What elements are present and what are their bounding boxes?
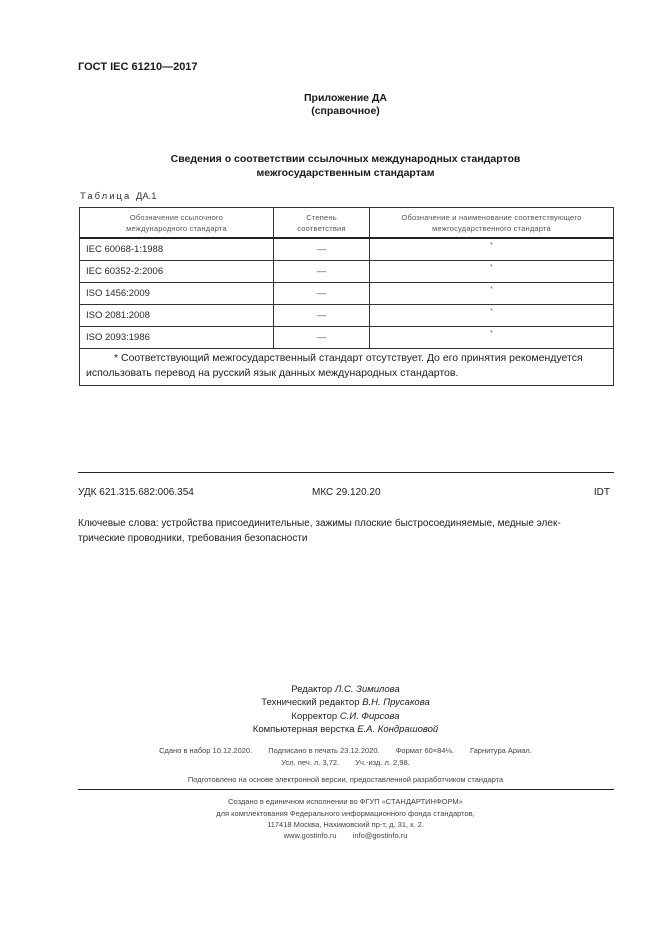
- table-header-row: Обозначение ссылочного международного ст…: [80, 208, 614, 239]
- publisher-info: Создано в единичном исполнении во ФГУП «…: [0, 796, 661, 819]
- header-line: соответствия: [274, 223, 369, 234]
- table-footnote: * Соответствующий межгосударственный ста…: [80, 349, 614, 386]
- credit-name: Е.А. Кондрашовой: [357, 724, 438, 735]
- cell-interstate: *: [370, 327, 614, 349]
- cell-interstate: *: [370, 305, 614, 327]
- publisher-line-2: для комплектования Федерального информац…: [0, 808, 661, 820]
- publisher-line-1: Создано в единичном исполнении во ФГУП «…: [0, 796, 661, 808]
- prepared-note: Подготовлено на основе электронной верси…: [0, 775, 661, 784]
- cell-reference: ISO 2081:2008: [80, 305, 274, 327]
- keywords-line-1: Ключевые слова: устройства присоединител…: [78, 516, 614, 531]
- credit-tech-editor: Технический редактор В.Н. Прусакова: [0, 696, 661, 709]
- divider-rule: [78, 472, 614, 473]
- address-line: 117418 Москва, Нахимовский пр-т, д. 31, …: [0, 819, 661, 830]
- mks-code: МКС 29.120.20: [312, 487, 381, 498]
- header-line: Обозначение ссылочного: [80, 212, 273, 223]
- footnote-line-2: использовать перевод на русский язык дан…: [86, 366, 609, 381]
- footnote-line-1: * Соответствующий межгосударственный ста…: [86, 351, 609, 366]
- reference-standards-table: Обозначение ссылочного международного ст…: [79, 207, 614, 386]
- cell-degree: —: [274, 283, 370, 305]
- section-title-line-2: межгосударственным стандартам: [0, 167, 661, 181]
- credit-name: Л.С. Зимилова: [335, 684, 400, 695]
- header-line: межгосударственного стандарта: [370, 223, 613, 234]
- cell-degree: —: [274, 238, 370, 261]
- appendix-title: Приложение ДА: [0, 92, 661, 105]
- header-line: Обозначение и наименование соответствующ…: [370, 212, 613, 223]
- credits-block: Редактор Л.С. Зимилова Технический редак…: [0, 683, 661, 736]
- header-reference-standard: Обозначение ссылочного международного ст…: [80, 208, 274, 239]
- submitted-date: Сдано в набор 10.12.2020.: [159, 746, 252, 755]
- section-title: Сведения о соответствии ссылочных междун…: [0, 153, 661, 180]
- header-line: международного стандарта: [80, 223, 273, 234]
- print-info: Сдано в набор 10.12.2020. Подписано в пе…: [0, 745, 661, 769]
- credit-role: Корректор: [291, 711, 337, 722]
- email-link[interactable]: info@gostinfo.ru: [353, 831, 408, 840]
- header-degree: Степень соответствия: [274, 208, 370, 239]
- typeface: Гарнитура Ариал.: [470, 746, 532, 755]
- paper-format: Формат 60×84⅛.: [396, 746, 454, 755]
- credit-layout: Компьютерная верстка Е.А. Кондрашовой: [0, 723, 661, 736]
- credit-name: С.И. Фирсова: [340, 711, 400, 722]
- table-row: ISO 2093:1986 — *: [80, 327, 614, 349]
- credit-role: Компьютерная верстка: [253, 724, 355, 735]
- contact-line: www.gostinfo.ru info@gostinfo.ru: [0, 830, 661, 841]
- degree-code: IDT: [594, 487, 610, 498]
- document-code: ГОСТ IEC 61210—2017: [78, 61, 198, 73]
- appendix-heading: Приложение ДА (справочное): [0, 92, 661, 118]
- credit-corrector: Корректор С.И. Фирсова: [0, 710, 661, 723]
- cell-interstate: *: [370, 283, 614, 305]
- website-link[interactable]: www.gostinfo.ru: [284, 831, 337, 840]
- publication-sheets: Уч.-изд. л. 2,98.: [355, 758, 410, 767]
- table-row: IEC 60068-1:1988 — *: [80, 238, 614, 261]
- keywords-line-2: трические проводники, требования безопас…: [78, 531, 614, 546]
- header-line: Степень: [274, 212, 369, 223]
- table-row: ISO 1456:2009 — *: [80, 283, 614, 305]
- credit-name: В.Н. Прусакова: [362, 697, 430, 708]
- cell-degree: —: [274, 305, 370, 327]
- publisher-address: 117418 Москва, Нахимовский пр-т, д. 31, …: [0, 819, 661, 841]
- appendix-subtitle: (справочное): [0, 105, 661, 118]
- cell-reference: ISO 1456:2009: [80, 283, 274, 305]
- header-interstate-standard: Обозначение и наименование соответствующ…: [370, 208, 614, 239]
- cell-reference: IEC 60068-1:1988: [80, 238, 274, 261]
- table-row: IEC 60352-2:2006 — *: [80, 261, 614, 283]
- divider-rule: [78, 789, 614, 790]
- section-title-line-1: Сведения о соответствии ссылочных междун…: [0, 153, 661, 167]
- cell-interstate: *: [370, 238, 614, 261]
- print-info-line-1: Сдано в набор 10.12.2020. Подписано в пе…: [0, 745, 661, 757]
- cell-interstate: *: [370, 261, 614, 283]
- credit-role: Технический редактор: [261, 697, 359, 708]
- print-info-line-2: Усл. печ. л. 3,72. Уч.-изд. л. 2,98.: [0, 757, 661, 769]
- cell-degree: —: [274, 327, 370, 349]
- credit-role: Редактор: [291, 684, 332, 695]
- credit-editor: Редактор Л.С. Зимилова: [0, 683, 661, 696]
- keywords: Ключевые слова: устройства присоединител…: [78, 516, 614, 546]
- table-row: ISO 2081:2008 — *: [80, 305, 614, 327]
- table-caption: Таблица ДА.1: [80, 191, 157, 202]
- cell-reference: IEC 60352-2:2006: [80, 261, 274, 283]
- cell-reference: ISO 2093:1986: [80, 327, 274, 349]
- print-sheets: Усл. печ. л. 3,72.: [281, 758, 339, 767]
- cell-degree: —: [274, 261, 370, 283]
- table-caption-number: ДА.1: [136, 191, 157, 202]
- table-caption-label: Таблица: [80, 191, 131, 202]
- udk-code: УДК 621.315.682:006.354: [78, 487, 194, 498]
- signed-date: Подписано в печать 23.12.2020.: [268, 746, 379, 755]
- table-footnote-row: * Соответствующий межгосударственный ста…: [80, 349, 614, 386]
